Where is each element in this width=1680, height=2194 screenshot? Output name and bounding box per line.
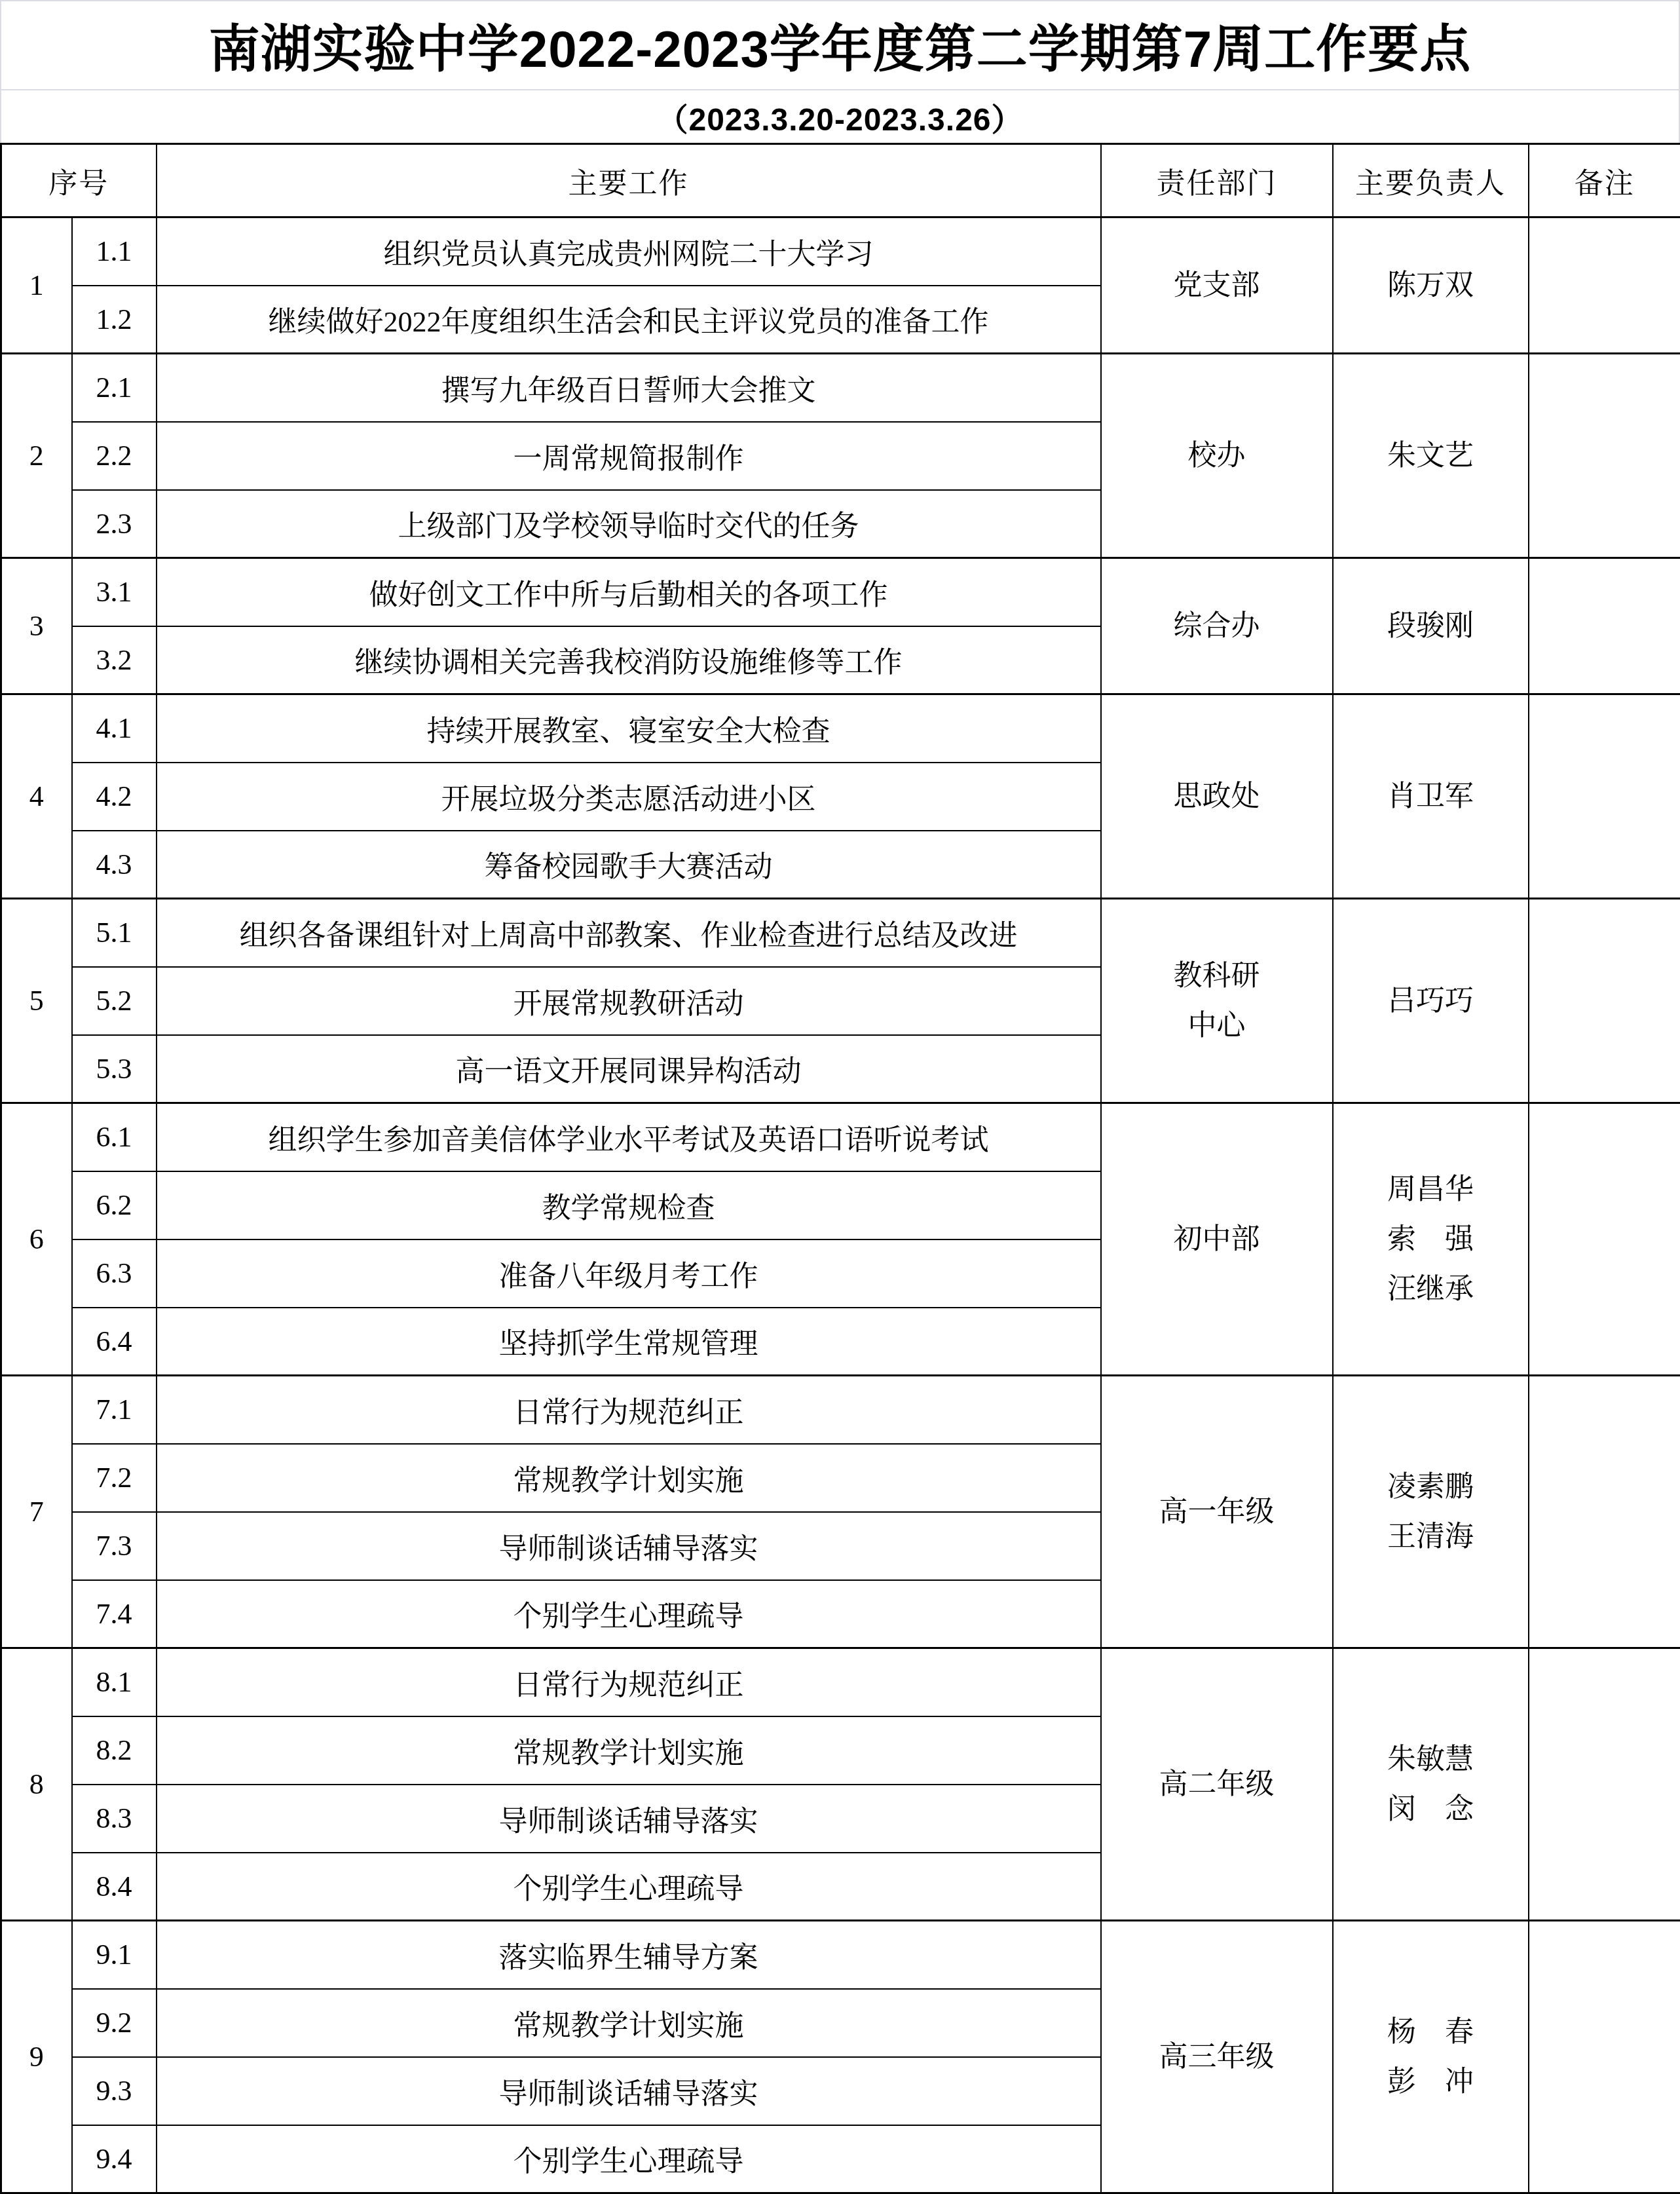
item-number: 6.1 (72, 1103, 157, 1171)
item-number: 8.3 (72, 1785, 157, 1853)
note-cell (1529, 354, 1680, 558)
item-text: 开展常规教研活动 (157, 967, 1101, 1035)
table-row: 4 4.1 持续开展教室、寝室安全大检查 思政处 肖卫军 (1, 694, 1680, 763)
item-number: 7.2 (72, 1444, 157, 1512)
item-number: 6.4 (72, 1308, 157, 1376)
table-header: 序号 主要工作 责任部门 主要负责人 备注 (1, 144, 1680, 218)
group-2: 2 2.1 撰写九年级百日誓师大会推文 校办 朱文艺 2.2 一周常规简报制作 … (1, 354, 1680, 558)
person-cell: 杨 春 彭 冲 (1333, 1921, 1529, 2193)
item-number: 6.3 (72, 1239, 157, 1308)
header-work: 主要工作 (157, 144, 1101, 218)
person-cell: 朱敏慧 闵 念 (1333, 1648, 1529, 1921)
note-cell (1529, 218, 1680, 354)
item-text: 导师制谈话辅导落实 (157, 2057, 1101, 2125)
person-cell: 段骏刚 (1333, 558, 1529, 694)
department-cell: 初中部 (1101, 1103, 1333, 1376)
item-text: 撰写九年级百日誓师大会推文 (157, 354, 1101, 422)
item-number: 9.2 (72, 1989, 157, 2057)
item-number: 8.1 (72, 1648, 157, 1716)
item-number: 9.1 (72, 1921, 157, 1989)
item-number: 1.1 (72, 218, 157, 286)
group-4: 4 4.1 持续开展教室、寝室安全大检查 思政处 肖卫军 4.2 开展垃圾分类志… (1, 694, 1680, 899)
note-cell (1529, 1103, 1680, 1376)
group-number: 5 (1, 899, 72, 1103)
note-cell (1529, 1376, 1680, 1648)
item-text: 一周常规简报制作 (157, 422, 1101, 490)
group-number: 4 (1, 694, 72, 899)
group-3: 3 3.1 做好创文工作中所与后勤相关的各项工作 综合办 段骏刚 3.2 继续协… (1, 558, 1680, 694)
item-number: 2.3 (72, 490, 157, 558)
person-cell: 周昌华 索 强 汪继承 (1333, 1103, 1529, 1376)
item-text: 上级部门及学校领导临时交代的任务 (157, 490, 1101, 558)
item-number: 1.2 (72, 286, 157, 354)
item-text: 导师制谈话辅导落实 (157, 1512, 1101, 1580)
group-1: 1 1.1 组织党员认真完成贵州网院二十大学习 党支部 陈万双 1.2 继续做好… (1, 218, 1680, 354)
item-text: 筹备校园歌手大赛活动 (157, 831, 1101, 899)
item-text: 个别学生心理疏导 (157, 2125, 1101, 2193)
table-row: 1 1.1 组织党员认真完成贵州网院二十大学习 党支部 陈万双 (1, 218, 1680, 286)
item-number: 3.1 (72, 558, 157, 626)
item-text: 常规教学计划实施 (157, 1444, 1101, 1512)
item-text: 日常行为规范纠正 (157, 1648, 1101, 1716)
person-cell: 陈万双 (1333, 218, 1529, 354)
item-text: 日常行为规范纠正 (157, 1376, 1101, 1444)
department-cell: 教科研 中心 (1101, 899, 1333, 1103)
department-cell: 高三年级 (1101, 1921, 1333, 2193)
department-cell: 校办 (1101, 354, 1333, 558)
item-text: 高一语文开展同课异构活动 (157, 1035, 1101, 1103)
item-text: 教学常规检查 (157, 1171, 1101, 1239)
item-text: 个别学生心理疏导 (157, 1853, 1101, 1921)
department-cell: 党支部 (1101, 218, 1333, 354)
department-cell: 综合办 (1101, 558, 1333, 694)
table-row: 9 9.1 落实临界生辅导方案 高三年级 杨 春 彭 冲 (1, 1921, 1680, 1989)
department-cell: 高一年级 (1101, 1376, 1333, 1648)
person-cell: 吕巧巧 (1333, 899, 1529, 1103)
item-text: 组织党员认真完成贵州网院二十大学习 (157, 218, 1101, 286)
group-6: 6 6.1 组织学生参加音美信体学业水平考试及英语口语听说考试 初中部 周昌华 … (1, 1103, 1680, 1376)
note-cell (1529, 694, 1680, 899)
item-number: 7.3 (72, 1512, 157, 1580)
header-dept: 责任部门 (1101, 144, 1333, 218)
group-5: 5 5.1 组织各备课组针对上周高中部教案、作业检查进行总结及改进 教科研 中心… (1, 899, 1680, 1103)
item-number: 3.2 (72, 626, 157, 694)
group-number: 6 (1, 1103, 72, 1376)
item-number: 4.1 (72, 694, 157, 763)
item-number: 5.3 (72, 1035, 157, 1103)
table-row: 8 8.1 日常行为规范纠正 高二年级 朱敏慧 闵 念 (1, 1648, 1680, 1716)
note-cell (1529, 899, 1680, 1103)
group-7: 7 7.1 日常行为规范纠正 高一年级 凌素鹏 王清海 7.2 常规教学计划实施… (1, 1376, 1680, 1648)
note-cell (1529, 1648, 1680, 1921)
item-number: 8.2 (72, 1716, 157, 1785)
item-number: 7.1 (72, 1376, 157, 1444)
table-row: 2 2.1 撰写九年级百日誓师大会推文 校办 朱文艺 (1, 354, 1680, 422)
group-number: 1 (1, 218, 72, 354)
table-row: 3 3.1 做好创文工作中所与后勤相关的各项工作 综合办 段骏刚 (1, 558, 1680, 626)
item-text: 常规教学计划实施 (157, 1716, 1101, 1785)
group-number: 7 (1, 1376, 72, 1648)
item-text: 组织各备课组针对上周高中部教案、作业检查进行总结及改进 (157, 899, 1101, 967)
item-number: 9.4 (72, 2125, 157, 2193)
item-number: 2.1 (72, 354, 157, 422)
group-8: 8 8.1 日常行为规范纠正 高二年级 朱敏慧 闵 念 8.2 常规教学计划实施… (1, 1648, 1680, 1921)
item-number: 5.1 (72, 899, 157, 967)
note-cell (1529, 558, 1680, 694)
item-text: 持续开展教室、寝室安全大检查 (157, 694, 1101, 763)
item-number: 8.4 (72, 1853, 157, 1921)
item-text: 坚持抓学生常规管理 (157, 1308, 1101, 1376)
table-row: 5 5.1 组织各备课组针对上周高中部教案、作业检查进行总结及改进 教科研 中心… (1, 899, 1680, 967)
item-text: 常规教学计划实施 (157, 1989, 1101, 2057)
department-cell: 思政处 (1101, 694, 1333, 899)
group-number: 3 (1, 558, 72, 694)
item-number: 6.2 (72, 1171, 157, 1239)
table-row: 7 7.1 日常行为规范纠正 高一年级 凌素鹏 王清海 (1, 1376, 1680, 1444)
title-block: 南湖实验中学2022-2023学年度第二学期第7周工作要点 （2023.3.20… (0, 0, 1680, 143)
header-person: 主要负责人 (1333, 144, 1529, 218)
item-text: 做好创文工作中所与后勤相关的各项工作 (157, 558, 1101, 626)
group-number: 2 (1, 354, 72, 558)
item-number: 7.4 (72, 1580, 157, 1648)
item-text: 开展垃圾分类志愿活动进小区 (157, 763, 1101, 831)
header-row: 序号 主要工作 责任部门 主要负责人 备注 (1, 144, 1680, 218)
table-row: 6 6.1 组织学生参加音美信体学业水平考试及英语口语听说考试 初中部 周昌华 … (1, 1103, 1680, 1171)
item-number: 4.3 (72, 831, 157, 899)
person-cell: 朱文艺 (1333, 354, 1529, 558)
page-title: 南湖实验中学2022-2023学年度第二学期第7周工作要点 (1, 1, 1679, 90)
worksheet: 南湖实验中学2022-2023学年度第二学期第7周工作要点 （2023.3.20… (0, 0, 1680, 2194)
item-number: 9.3 (72, 2057, 157, 2125)
item-number: 5.2 (72, 967, 157, 1035)
item-text: 继续协调相关完善我校消防设施维修等工作 (157, 626, 1101, 694)
item-text: 组织学生参加音美信体学业水平考试及英语口语听说考试 (157, 1103, 1101, 1171)
person-cell: 凌素鹏 王清海 (1333, 1376, 1529, 1648)
item-text: 导师制谈话辅导落实 (157, 1785, 1101, 1853)
department-cell: 高二年级 (1101, 1648, 1333, 1921)
header-note: 备注 (1529, 144, 1680, 218)
item-text: 继续做好2022年度组织生活会和民主评议党员的准备工作 (157, 286, 1101, 354)
group-number: 8 (1, 1648, 72, 1921)
header-index: 序号 (1, 144, 157, 218)
item-number: 4.2 (72, 763, 157, 831)
group-9: 9 9.1 落实临界生辅导方案 高三年级 杨 春 彭 冲 9.2 常规教学计划实… (1, 1921, 1680, 2193)
page-subtitle: （2023.3.20-2023.3.26） (1, 90, 1679, 143)
item-text: 落实临界生辅导方案 (157, 1921, 1101, 1989)
note-cell (1529, 1921, 1680, 2193)
item-number: 2.2 (72, 422, 157, 490)
group-number: 9 (1, 1921, 72, 2193)
person-cell: 肖卫军 (1333, 694, 1529, 899)
work-table: 序号 主要工作 责任部门 主要负责人 备注 1 1.1 组织党员认真完成贵州网院… (0, 143, 1680, 2194)
item-text: 准备八年级月考工作 (157, 1239, 1101, 1308)
item-text: 个别学生心理疏导 (157, 1580, 1101, 1648)
